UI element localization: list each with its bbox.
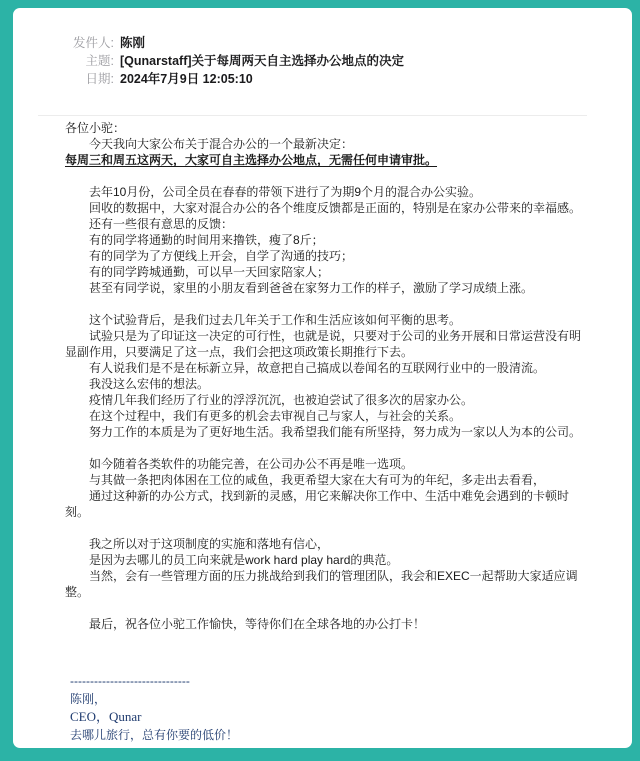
body-line-blank <box>65 600 585 616</box>
signature-tagline: 去哪儿旅行，总有你要的低价！ <box>70 726 585 744</box>
body-line-blank <box>65 440 585 456</box>
from-label: 发件人: <box>26 34 114 52</box>
body-line: 还有一些很有意思的反馈： <box>65 216 585 232</box>
body-line-blank <box>65 520 585 536</box>
body-line: 有的同学为了方便线上开会，自学了沟通的技巧； <box>65 248 585 264</box>
email-card: 发件人: 陈刚 主题: [Qunarstaff]关于每周两天自主选择办公地点的决… <box>13 8 632 748</box>
email-header: 发件人: 陈刚 主题: [Qunarstaff]关于每周两天自主选择办公地点的决… <box>13 34 632 88</box>
body-line: 今天我向大家公布关于混合办公的一个最新决定： <box>65 136 585 152</box>
body-line: 是因为去哪儿的员工向来就是work hard play hard的典范。 <box>65 552 585 568</box>
body-line: 去年10月份，公司全员在春春的带领下进行了为期9个月的混合办公实验。 <box>65 184 585 200</box>
body-line-salutation: 各位小驼： <box>65 120 585 136</box>
signature-name: 陈刚， <box>70 690 585 708</box>
body-line-blank <box>65 296 585 312</box>
subject-label: 主题: <box>26 52 114 70</box>
date-value: 2024年7月9日 12:05:10 <box>120 70 253 88</box>
body-line: 有的同学将通勤的时间用来撸铁，瘦了8斤； <box>65 232 585 248</box>
email-body: 各位小驼： 今天我向大家公布关于混合办公的一个最新决定： 每周三和周五这两天，大… <box>13 116 632 632</box>
body-line: 当然，会有一些管理方面的压力挑战给到我们的管理团队，我会和EXEC一起帮助大家适… <box>65 568 585 600</box>
body-line: 有人说我们是不是在标新立异，故意把自己搞成以卷闻名的互联网行业中的一股清流。 <box>65 360 585 376</box>
body-line: 努力工作的本质是为了更好地生活。我希望我们能有所坚持，努力成为一家以人为本的公司… <box>65 424 585 440</box>
header-row-date: 日期: 2024年7月9日 12:05:10 <box>26 70 632 88</box>
body-line: 通过这种新的办公方式，找到新的灵感，用它来解决你工作中、生活中难免会遇到的卡顿时… <box>65 488 585 520</box>
body-line-closing: 最后，祝各位小驼工作愉快，等待你们在全球各地的办公打卡！ <box>65 616 585 632</box>
subject-value: [Qunarstaff]关于每周两天自主选择办公地点的决定 <box>120 52 404 70</box>
body-line: 甚至有同学说，家里的小朋友看到爸爸在家努力工作的样子，激励了学习成绩上涨。 <box>65 280 585 296</box>
header-row-subject: 主题: [Qunarstaff]关于每周两天自主选择办公地点的决定 <box>26 52 632 70</box>
key-decision-line: 每周三和周五这两天，大家可自主选择办公地点，无需任何申请审批。 <box>65 152 585 168</box>
header-row-from: 发件人: 陈刚 <box>26 34 632 52</box>
body-line: 我没这么宏伟的想法。 <box>65 376 585 392</box>
body-line: 与其做一条把肉体困在工位的咸鱼，我更希望大家在大有可为的年纪，多走出去看看， <box>65 472 585 488</box>
body-line: 回收的数据中，大家对混合办公的各个维度反馈都是正面的，特别是在家办公带来的幸福感… <box>65 200 585 216</box>
date-label: 日期: <box>26 70 114 88</box>
body-line-blank <box>65 168 585 184</box>
body-line: 有的同学跨城通勤，可以早一天回家陪家人； <box>65 264 585 280</box>
signature: ------------------------------ 陈刚， CEO，Q… <box>70 672 585 744</box>
body-line: 这个试验背后，是我们过去几年关于工作和生活应该如何平衡的思考。 <box>65 312 585 328</box>
signature-divider: ------------------------------ <box>70 672 585 690</box>
body-line: 我之所以对于这项制度的实施和落地有信心， <box>65 536 585 552</box>
body-line: 在这个过程中，我们有更多的机会去审视自己与家人，与社会的关系。 <box>65 408 585 424</box>
signature-title: CEO，Qunar <box>70 708 585 726</box>
body-line: 疫情几年我们经历了行业的浮浮沉沉，也被迫尝试了很多次的居家办公。 <box>65 392 585 408</box>
body-line: 试验只是为了印证这一决定的可行性，也就是说，只要对于公司的业务开展和日常运营没有… <box>65 328 585 360</box>
from-value: 陈刚 <box>120 34 145 52</box>
email-frame: { "colors": { "frame_teal": "#2cb3a6", "… <box>0 0 640 761</box>
body-line: 如今随着各类软件的功能完善，在公司办公不再是唯一选项。 <box>65 456 585 472</box>
